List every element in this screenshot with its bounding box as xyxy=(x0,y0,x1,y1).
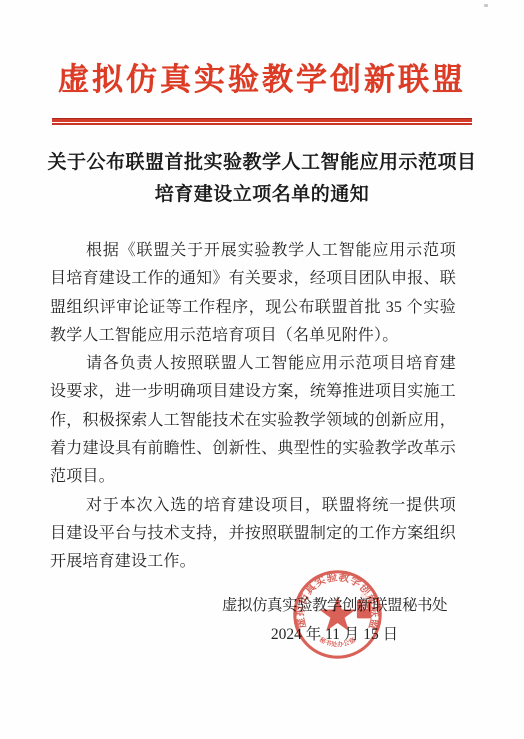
notice-title: 关于公布联盟首批实验教学人工智能应用示范项目 培育建设立项名单的通知 xyxy=(0,147,524,211)
signature-date: 2024 年 11 月 15 日 xyxy=(271,623,398,647)
scan-speck xyxy=(484,4,488,7)
signature-block: 虚拟仿真实验教学创新联盟秘书处 2024 年 11 月 15 日 xyxy=(222,594,447,647)
notice-document-page: 虚拟仿真实验教学创新联盟 关于公布联盟首批实验教学人工智能应用示范项目 培育建设… xyxy=(0,0,524,739)
notice-title-line1: 关于公布联盟首批实验教学人工智能应用示范项目 xyxy=(0,147,524,179)
body-paragraph-3: 对于本次入选的培育建设项目，联盟将统一提供项目建设平台与技术支持，并按照联盟制定… xyxy=(50,492,456,577)
signature-org-name: 虚拟仿真实验教学创新联盟秘书处 xyxy=(222,594,447,618)
notice-body: 根据《联盟关于开展实验教学人工智能应用示范项目培育建设工作的通知》有关要求，经项… xyxy=(50,237,456,577)
red-divider-rule xyxy=(52,118,472,125)
body-paragraph-1: 根据《联盟关于开展实验教学人工智能应用示范项目培育建设工作的通知》有关要求，经项… xyxy=(50,237,456,350)
letterhead-org-name: 虚拟仿真实验教学创新联盟 xyxy=(0,0,524,100)
body-paragraph-2: 请各负责人按照联盟人工智能应用示范项目培育建设要求，进一步明确项目建设方案，统筹… xyxy=(50,350,456,491)
notice-title-line2: 培育建设立项名单的通知 xyxy=(0,179,524,211)
